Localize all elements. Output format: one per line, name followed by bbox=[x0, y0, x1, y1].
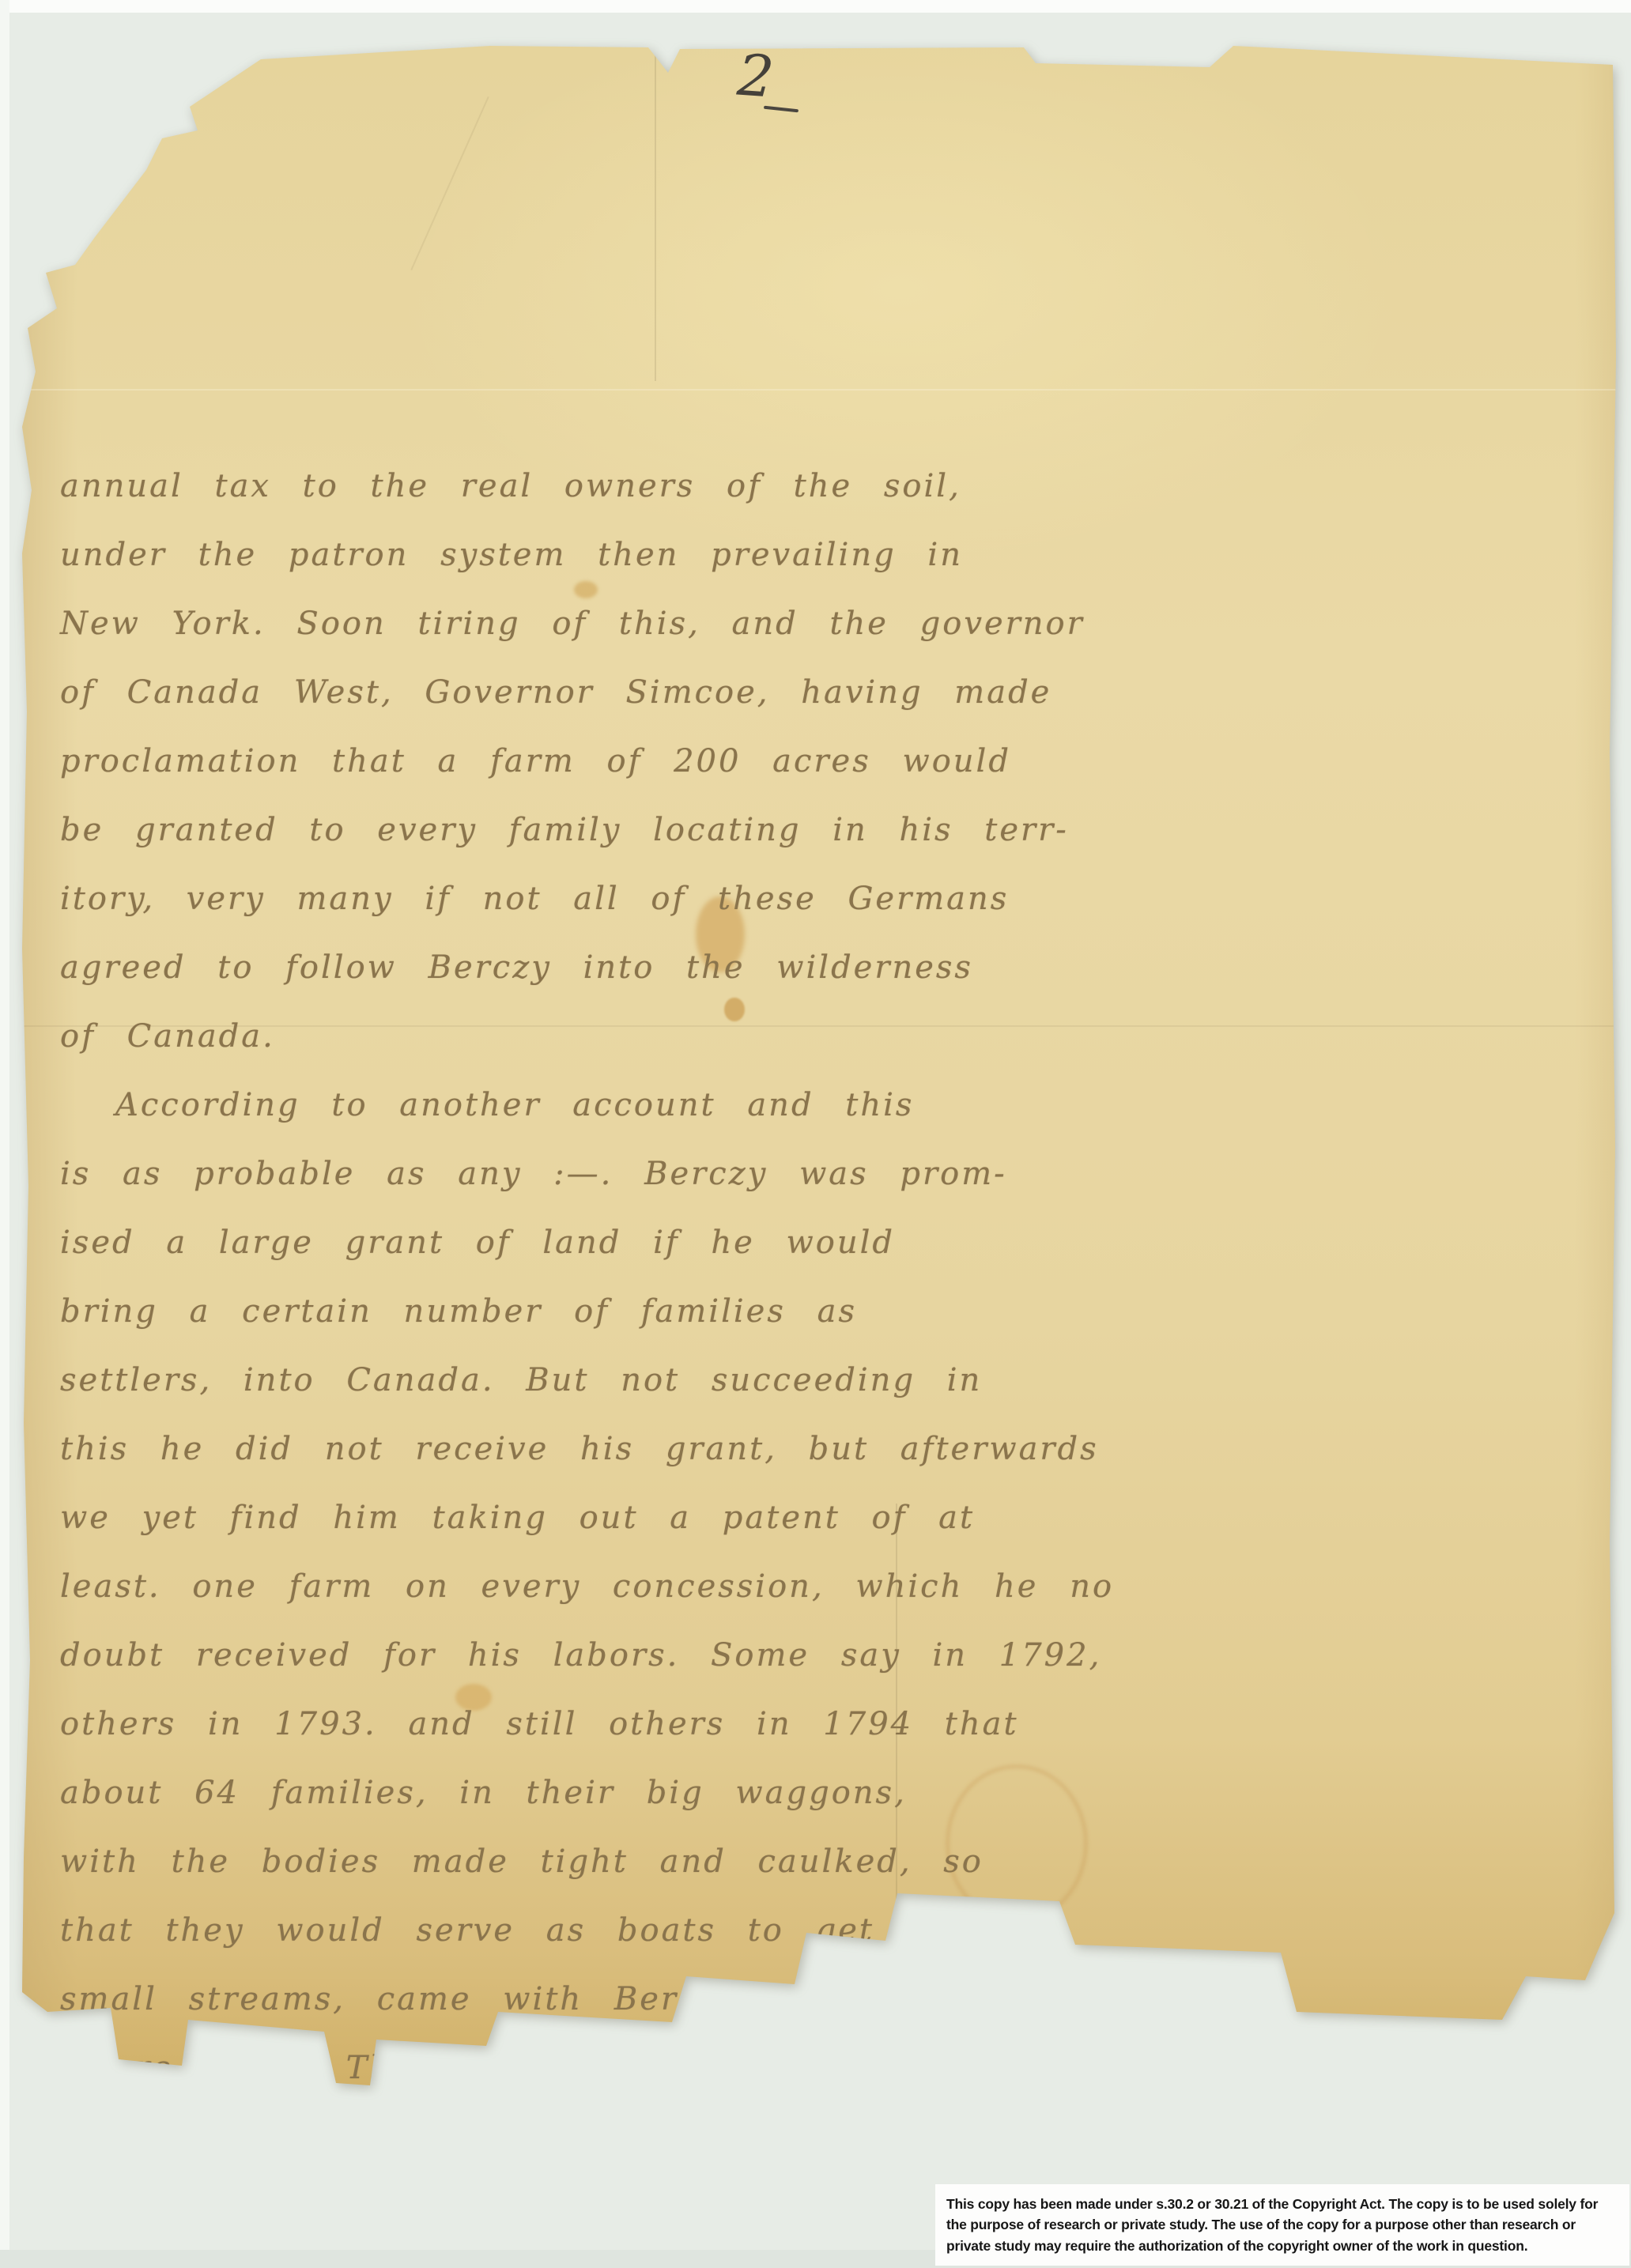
crease-line bbox=[22, 389, 1619, 391]
final-line-left: future home. Their bbox=[60, 2050, 444, 2086]
page-number: 2 bbox=[735, 42, 776, 111]
scanned-document: { "page": { "number": "2" }, "manuscript… bbox=[0, 0, 1631, 2268]
manuscript-line: others in 1793. and still others in 1794… bbox=[60, 1690, 1602, 1759]
handwritten-text: annual tax to the real owners of the soi… bbox=[60, 452, 1602, 2103]
manuscript-page-wrap: 2 annual tax to the real owners of the s… bbox=[22, 41, 1619, 2108]
scanner-edge-top bbox=[0, 0, 1631, 13]
manuscript-line: that they would serve as boats to get ov… bbox=[60, 1896, 1602, 1965]
final-line-right: must have been bbox=[1163, 2045, 1487, 2114]
manuscript-line: be granted to every family locating in h… bbox=[60, 796, 1602, 865]
manuscript-line: annual tax to the real owners of the soi… bbox=[60, 452, 1602, 521]
manuscript-line: settlers, into Canada. But not succeedin… bbox=[60, 1346, 1602, 1415]
copyright-stamp: This copy has been made under s.30.2 or … bbox=[935, 2184, 1629, 2266]
manuscript-line: New York. Soon tiring of this, and the g… bbox=[60, 590, 1602, 659]
manuscript-line: ised a large grant of land if he would bbox=[60, 1209, 1602, 1277]
manuscript-line: under the patron system then prevailing … bbox=[60, 521, 1602, 590]
crease-line bbox=[655, 41, 656, 381]
manuscript-final-line: future home. Their must have been bbox=[60, 2034, 1602, 2103]
manuscript-line: least. one farm on every concession, whi… bbox=[60, 1553, 1602, 1621]
manuscript-line: agreed to follow Berczy into the wildern… bbox=[60, 934, 1602, 1002]
manuscript-line: about 64 families, in their big waggons, bbox=[60, 1759, 1602, 1828]
manuscript-line: we yet find him taking out a patent of a… bbox=[60, 1484, 1602, 1553]
manuscript-line: this he did not receive his grant, but a… bbox=[60, 1415, 1602, 1484]
manuscript-line: doubt received for his labors. Some say … bbox=[60, 1621, 1602, 1690]
page-number-flourish bbox=[764, 106, 799, 113]
manuscript-line: with the bodies made tight and caulked, … bbox=[60, 1828, 1602, 1896]
manuscript-line: of Canada West, Governor Simcoe, having … bbox=[60, 659, 1602, 727]
manuscript-line: is as probable as any :—. Berczy was pro… bbox=[60, 1140, 1602, 1209]
manuscript-line: itory, very many if not all of these Ger… bbox=[60, 865, 1602, 934]
manuscript-page: 2 annual tax to the real owners of the s… bbox=[22, 41, 1619, 2108]
manuscript-line: According to another account and this bbox=[60, 1071, 1602, 1140]
crease-line bbox=[410, 96, 489, 270]
manuscript-line: bring a certain number of families as bbox=[60, 1277, 1602, 1346]
manuscript-line: small streams, came with Berczy to their bbox=[60, 1965, 1602, 2034]
manuscript-line: proclamation that a farm of 200 acres wo… bbox=[60, 727, 1602, 796]
scanner-edge-left bbox=[0, 0, 9, 2268]
manuscript-line: of Canada. bbox=[60, 1002, 1602, 1071]
